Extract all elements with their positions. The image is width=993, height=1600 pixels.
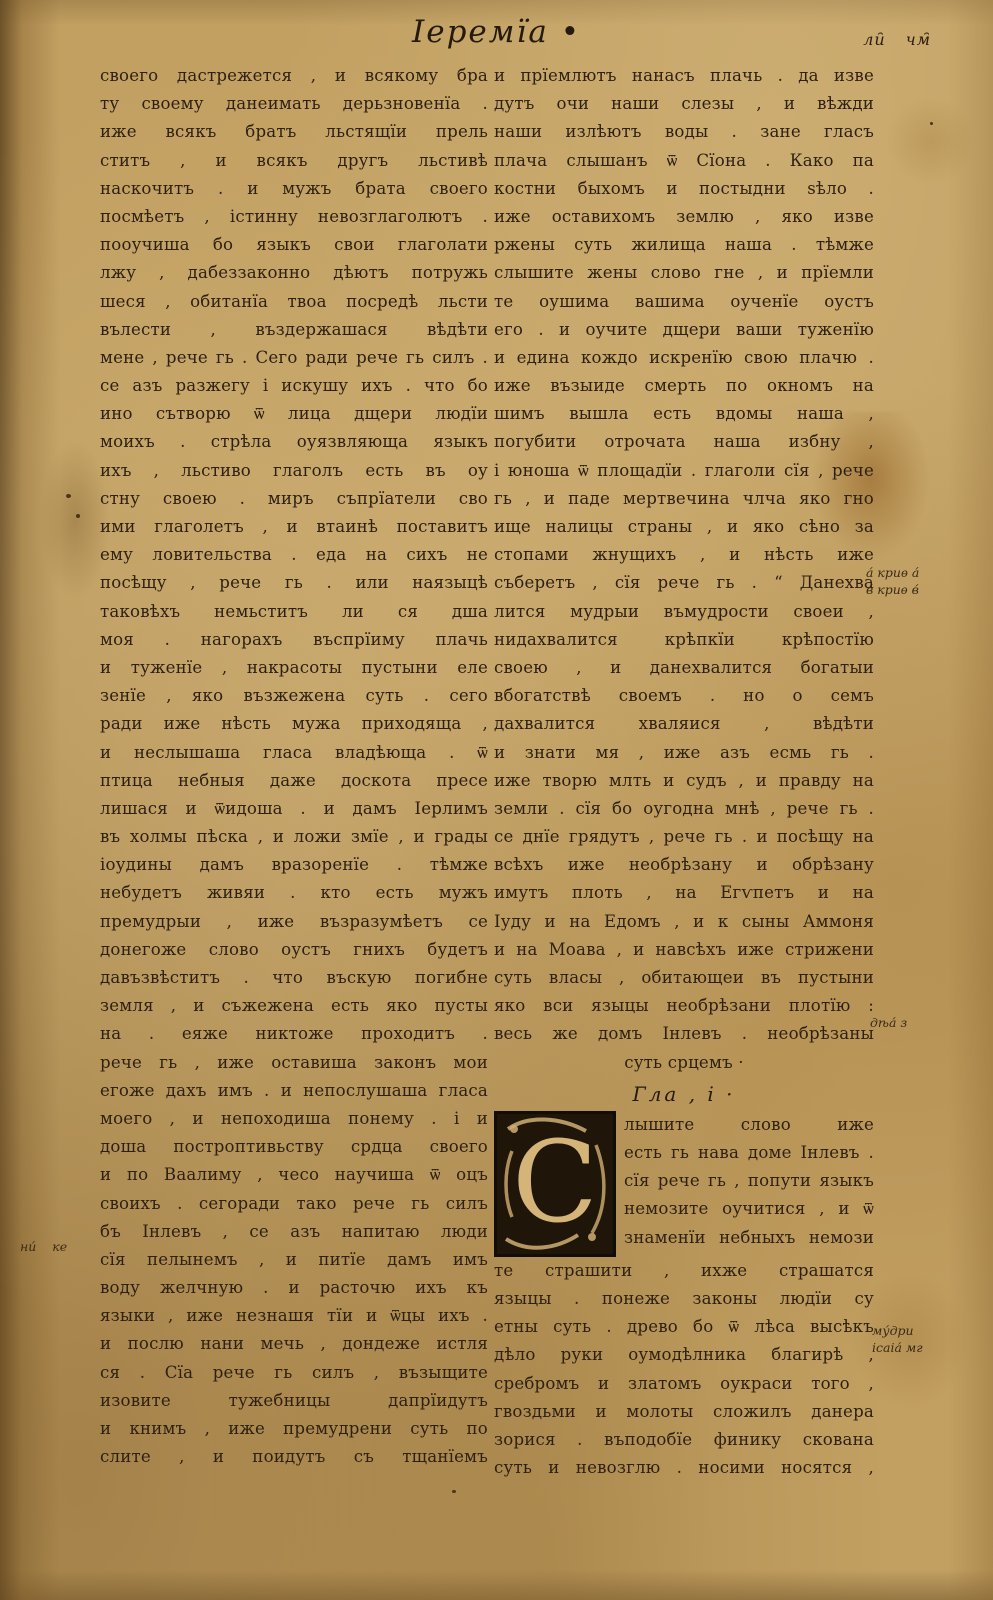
text-line: и знати мя , иже азъ есмь гь .	[494, 739, 874, 767]
text-line: ститъ , и всякъ другъ льстивѣ	[100, 147, 488, 175]
text-line: дѣло руки оумодѣлника благирѣ ,	[494, 1341, 874, 1369]
marginal-note-left: ни́ ке	[20, 1238, 79, 1255]
text-line: Іуду и на Едомъ , и к сыны Аммоня	[494, 908, 874, 936]
text-line: суть и невозглю . носими носятся ,	[494, 1454, 874, 1482]
text-line: се азъ разжегу і искушу ихъ . что бо	[100, 372, 488, 400]
text-line: сребромъ и златомъ оукраси того ,	[494, 1370, 874, 1398]
text-line: есть гь нава доме Інлевъ .	[624, 1139, 874, 1167]
marginal-note-corinthians: а́ криѳ а́в́ криѳ в́	[866, 564, 919, 598]
text-line: ихъ , льстиво глаголъ есть въ оу	[100, 457, 488, 485]
text-line: егоже дахъ имъ . и непослушаша гласа	[100, 1077, 488, 1105]
text-line: весь же домъ Інлевъ . необрѣзаны	[494, 1020, 874, 1048]
chapter9-continuation: и прїемлютъ нанасъ плачь . да изведутъ о…	[494, 62, 874, 1049]
text-line: изовите тужебницы дапрїидутъ	[100, 1387, 488, 1415]
text-line: птица небныя даже доскота пресе	[100, 767, 488, 795]
text-line: его . и оучите дщери ваши туженїю	[494, 316, 874, 344]
marginal-ref: ни́	[20, 1239, 36, 1254]
text-line: наши излѣютъ воды . зане гласъ	[494, 118, 874, 146]
text-line: своихъ . сегоради тако рече гь силъ	[100, 1190, 488, 1218]
text-line: вбогатствѣ своемъ . но о семъ	[494, 682, 874, 710]
marginal-ref: ке	[52, 1239, 67, 1254]
text-line: лится мудрыи въмудрости своеи ,	[494, 598, 874, 626]
text-line: ся . Сїа рече гь силъ , възыщите	[100, 1359, 488, 1387]
text-line: яко вси языцы необрѣзани плотїю :	[494, 992, 874, 1020]
text-line: всѣхъ иже необрѣзану и обрѣзану	[494, 851, 874, 879]
text-line: языцы . понеже законы людїи су	[494, 1285, 874, 1313]
foliation-number: чм̑	[906, 30, 931, 49]
text-line: те оушима вашима оученїе оустъ	[494, 288, 874, 316]
text-line: лжу , дабеззаконно дѣютъ потружь	[100, 259, 488, 287]
text-line: своего дастрежется , и всякому бра	[100, 62, 488, 90]
ink-speck	[76, 514, 80, 518]
text-line: доша построптивьству срдца своего	[100, 1133, 488, 1161]
text-line: слышите жены слово гне , и прїемли	[494, 259, 874, 287]
text-column-right: и прїемлютъ нанасъ плачь . да изведутъ о…	[494, 62, 874, 1482]
text-line: немозите оучитися , и ѿ	[624, 1195, 874, 1223]
text-line: рече гь , иже оставиша законъ мои	[100, 1049, 488, 1077]
text-line: иже възыиде смерть по окномъ на	[494, 372, 874, 400]
marginal-ref-line: а́ криѳ а́	[866, 564, 919, 581]
text-line: вълести , въздержашася вѣдѣти	[100, 316, 488, 344]
text-line: въ холмы пѣска , и ложи змїе , и грады	[100, 823, 488, 851]
text-line: земли . сїя бо оугодна мнѣ , рече гь .	[494, 795, 874, 823]
text-line: иже оставихомъ землю , яко изве	[494, 203, 874, 231]
text-line: премудрыи , иже възразумѣетъ се	[100, 908, 488, 936]
marginal-note-wisdom-isaiah: му́дриісаіа́ мг	[872, 1322, 923, 1356]
ink-speck	[66, 494, 71, 498]
text-line: плача слышанъ ѿ Сїона . Како па	[494, 147, 874, 175]
text-line: небудетъ живяи . кто есть мужъ	[100, 879, 488, 907]
text-line: пооучиша бо языкъ свои глаголати	[100, 231, 488, 259]
text-line: давъзвѣститъ . что въскую погибне	[100, 964, 488, 992]
text-line: суть власы , обитающеи въ пустыни	[494, 964, 874, 992]
running-title: Іеремїа •	[0, 14, 993, 50]
text-line: костни быхомъ и постыдни ѕѣло .	[494, 175, 874, 203]
text-line: слите , и поидутъ съ тщанїемъ	[100, 1443, 488, 1471]
chapter-opening: С лышите слово иже глаголалъесть гь нава…	[494, 1111, 874, 1257]
text-line: се днїе грядутъ , рече гь . и посѣщу на	[494, 823, 874, 851]
paragraph-end-line: суть срцемъ ·	[494, 1049, 874, 1077]
text-line: и едина кождо искренїю свою плачю .	[494, 344, 874, 372]
text-line: сїя рече гь , попути языкъ	[624, 1167, 874, 1195]
text-line: дутъ очи наши слезы , и вѣжди	[494, 90, 874, 118]
text-line: стопами жнущихъ , и нѣсть иже	[494, 541, 874, 569]
text-line: ржены суть жилища наша . тѣмже	[494, 231, 874, 259]
marginal-ref-line: ісаіа́ мг	[872, 1339, 923, 1356]
marginal-ref-line: му́дри	[872, 1322, 923, 1339]
text-line: моя . нагорахъ въспрїиму плачь	[100, 626, 488, 654]
text-column-left: своего дастрежется , и всякому брату сво…	[100, 62, 488, 1471]
text-line: и на Моава , и навсѣхъ иже стрижени	[494, 936, 874, 964]
woodcut-initial-letter: С	[494, 1111, 616, 1257]
text-line: мене , рече гь . Сего ради рече гь силъ …	[100, 344, 488, 372]
text-line: и прїемлютъ нанасъ плачь . да изве	[494, 62, 874, 90]
text-line: знаменїи небныхъ немози	[624, 1224, 874, 1252]
text-line: своею , и данехвалится богатыи	[494, 654, 874, 682]
text-line: шимъ вышла есть вдомы наша ,	[494, 400, 874, 428]
chapter-heading: Гла , і ·	[494, 1077, 874, 1111]
text-line: посмѣетъ , істинну невозглаголютъ .	[100, 203, 488, 231]
paper-stain	[886, 96, 976, 186]
text-line: нидахвалится крѣпкїи крѣпостїю	[494, 626, 874, 654]
text-line: етны суть . древо бо ѿ лѣса высѣкъ	[494, 1313, 874, 1341]
text-line: воду желчную . и расточю ихъ къ	[100, 1274, 488, 1302]
marginal-note-acts: дѣа́ з	[870, 1014, 907, 1031]
initial-glyph: С	[512, 1118, 598, 1248]
ink-speck	[930, 122, 933, 125]
text-line: те страшити , ихже страшатся	[494, 1257, 874, 1285]
text-line: иже творю млть и судъ , и правду на	[494, 767, 874, 795]
text-line: гвоздьми и молоты сложилъ данера	[494, 1398, 874, 1426]
text-line: и книмъ , иже премудрени суть по	[100, 1415, 488, 1443]
text-line: ище налицы страны , и яко сѣно за	[494, 513, 874, 541]
text-line: языки , иже незнашя тїи и ѿцы ихъ .	[100, 1302, 488, 1330]
ink-speck	[452, 1490, 456, 1493]
text-line: іоудины дамъ вразоренїе . тѣмже	[100, 851, 488, 879]
text-line: лышите слово иже глаголалъ	[624, 1111, 874, 1139]
text-line: на . еяже никтоже проходитъ .	[100, 1020, 488, 1048]
text-line: ими глаголетъ , и втаинѣ поставитъ	[100, 513, 488, 541]
text-line: земля , и съжежена есть яко пусты	[100, 992, 488, 1020]
text-line: донегоже слово оустъ гнихъ будетъ	[100, 936, 488, 964]
marginal-ref-line: в́ криѳ в́	[866, 581, 919, 598]
text-line: и по Ваалиму , чесо научиша ѿ оцъ	[100, 1161, 488, 1189]
text-line: и туженїе , накрасоты пустыни еле	[100, 654, 488, 682]
text-line: ради иже нѣсть мужа приходяща ,	[100, 710, 488, 738]
text-line: ему ловительства . еда на сихъ не	[100, 541, 488, 569]
text-line: ино сътворю ѿ лица дщери людїи	[100, 400, 488, 428]
text-line: иже всякъ братъ льстящїи прель	[100, 118, 488, 146]
text-line: посѣщу , рече гь . или наязыцѣ	[100, 569, 488, 597]
text-line: лишася и ѿидоша . и дамъ Іерлимъ	[100, 795, 488, 823]
text-line: шеся , обитанїа твоа посредѣ льсти	[100, 288, 488, 316]
text-line: моихъ . стрѣла оуязвляюща языкъ	[100, 428, 488, 456]
foliation-leaf-mark: ли̑	[863, 30, 886, 49]
text-line: съберетъ , сїя рече гь . “ Данехва	[494, 569, 874, 597]
text-line: наскочитъ . и мужъ брата своего	[100, 175, 488, 203]
text-line: моего , и непоходиша понему . і и	[100, 1105, 488, 1133]
chapter10-opening-lines: лышите слово иже глаголалъесть гь нава д…	[624, 1111, 874, 1257]
text-line: погубити отрочата наша избну ,	[494, 428, 874, 456]
text-line: бъ Інлевъ , се азъ напитаю люди	[100, 1218, 488, 1246]
text-line: имутъ плоть , на Егѵпетъ и на	[494, 879, 874, 907]
text-line: зенїе , яко възжежена суть . сего	[100, 682, 488, 710]
text-line: и послю нани мечь , дондеже истля	[100, 1330, 488, 1358]
chapter10-continued: те страшити , ихже страшатсяязыцы . поне…	[494, 1257, 874, 1483]
text-line: и неслышаша гласа владѣюща . ѿ	[100, 739, 488, 767]
text-line: стну своею . миръ съпрїатели сво	[100, 485, 488, 513]
text-line: зорися . въподобїе финику скована	[494, 1426, 874, 1454]
text-line: дахвалится хваляися , вѣдѣти	[494, 710, 874, 738]
text-line: ту своему данеимать дерьзновенїа .	[100, 90, 488, 118]
text-line: таковѣхъ немьститъ ли ся дша	[100, 598, 488, 626]
text-line: сїя пелынемъ , и питїе дамъ имъ	[100, 1246, 488, 1274]
text-line: і юноша ѿ площадїи . глаголи сїя , рече	[494, 457, 874, 485]
foliation: ли̑ чм̑	[849, 30, 931, 49]
text-line: гь , и паде мертвечина члча яко гно	[494, 485, 874, 513]
